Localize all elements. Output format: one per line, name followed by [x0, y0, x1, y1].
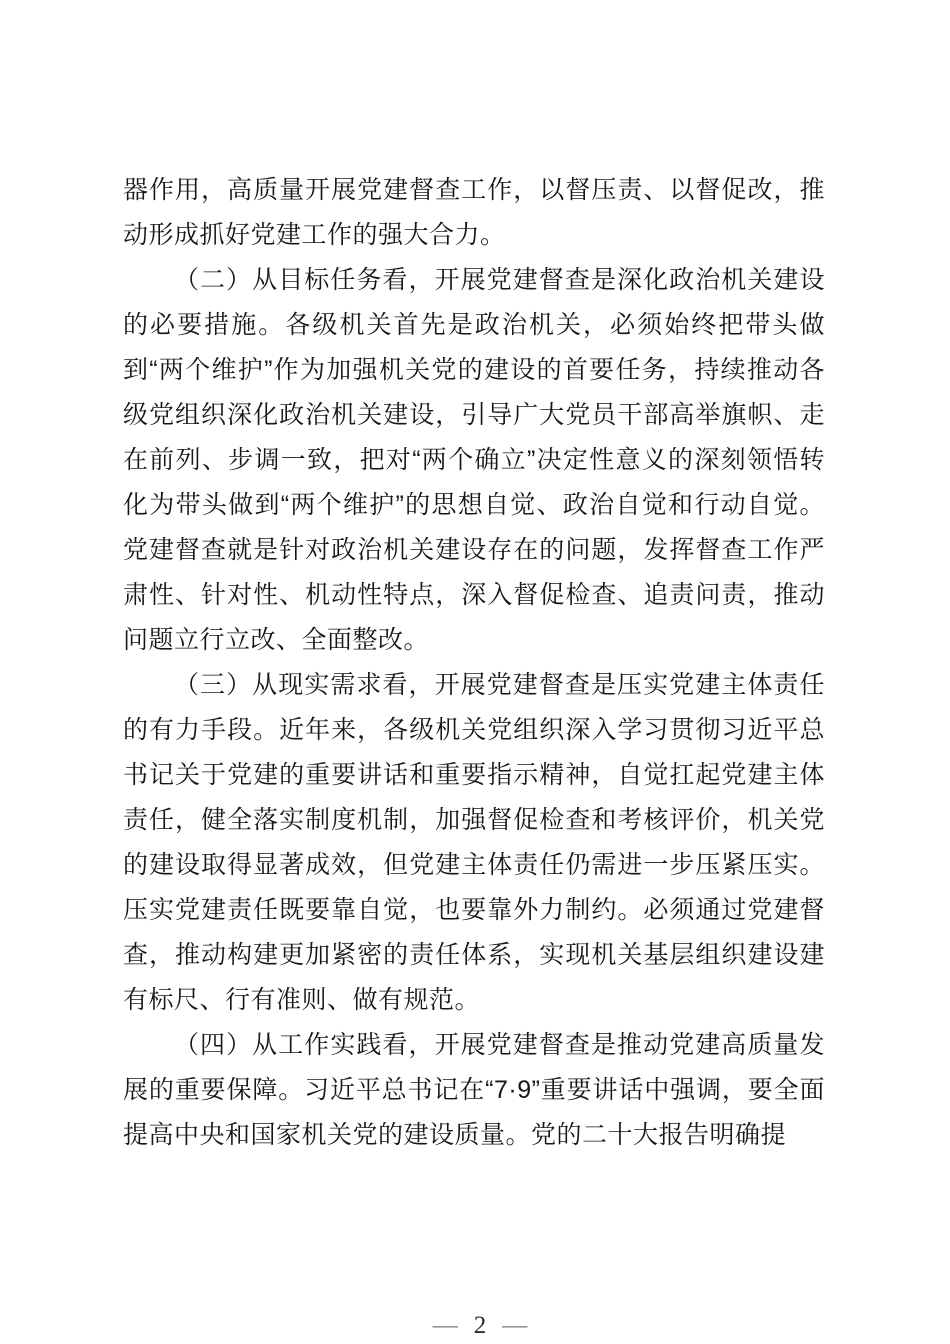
- text-line: 到“两个维护”作为加强机关党的建设的首要任务，持续推动各: [123, 348, 825, 393]
- text-line: 的必要措施。各级机关首先是政治机关，必须始终把带头做: [123, 303, 825, 348]
- document-page: 器作用，高质量开展党建督查工作，以督压责、以督促改，推 动形成抓好党建工作的强大…: [0, 0, 950, 1344]
- text-line: 查，推动构建更加紧密的责任体系，实现机关基层组织建设建: [123, 933, 825, 978]
- text-line: 问题立行立改、全面整改。: [123, 618, 825, 663]
- text-line: 级党组织深化政治机关建设，引导广大党员干部高举旗帜、走: [123, 393, 825, 438]
- text-line: （二）从目标任务看，开展党建督查是深化政治机关建设: [123, 258, 825, 303]
- text-line: 肃性、针对性、机动性特点，深入督促检查、追责问责，推动: [123, 573, 825, 618]
- page-number: 2: [474, 1312, 487, 1339]
- document-body: 器作用，高质量开展党建督查工作，以督压责、以督促改，推 动形成抓好党建工作的强大…: [123, 168, 825, 1158]
- text-line: 器作用，高质量开展党建督查工作，以督压责、以督促改，推: [123, 168, 825, 213]
- text-line: 责任，健全落实制度机制，加强督促检查和考核评价，机关党: [123, 798, 825, 843]
- paragraph-section-2: （二）从目标任务看，开展党建督查是深化政治机关建设 的必要措施。各级机关首先是政…: [123, 258, 825, 663]
- text-line: 动形成抓好党建工作的强大合力。: [123, 213, 825, 258]
- text-line: 化为带头做到“两个维护”的思想自觉、政治自觉和行动自觉。: [123, 483, 825, 528]
- page-footer: —2—: [0, 1310, 950, 1342]
- paragraph-continuation: 器作用，高质量开展党建督查工作，以督压责、以督促改，推 动形成抓好党建工作的强大…: [123, 168, 825, 258]
- text-line: 党建督查就是针对政治机关建设存在的问题，发挥督查工作严: [123, 528, 825, 573]
- text-line: （四）从工作实践看，开展党建督查是推动党建高质量发: [123, 1023, 825, 1068]
- text-line: 的有力手段。近年来，各级机关党组织深入学习贯彻习近平总: [123, 708, 825, 753]
- paragraph-section-3: （三）从现实需求看，开展党建督查是压实党建主体责任 的有力手段。近年来，各级机关…: [123, 663, 825, 1023]
- text-line: （三）从现实需求看，开展党建督查是压实党建主体责任: [123, 663, 825, 708]
- text-line: 压实党建责任既要靠自觉，也要靠外力制约。必须通过党建督: [123, 888, 825, 933]
- paragraph-section-4: （四）从工作实践看，开展党建督查是推动党建高质量发 展的重要保障。习近平总书记在…: [123, 1023, 825, 1158]
- footer-dash-right: —: [502, 1312, 527, 1339]
- text-line: 书记关于党建的重要讲话和重要指示精神，自觉扛起党建主体: [123, 753, 825, 798]
- footer-dash-left: —: [433, 1312, 458, 1339]
- text-line: 展的重要保障。习近平总书记在“7·9”重要讲话中强调，要全面: [123, 1068, 825, 1113]
- text-line: 的建设取得显著成效，但党建主体责任仍需进一步压紧压实。: [123, 843, 825, 888]
- text-line: 有标尺、行有准则、做有规范。: [123, 978, 825, 1023]
- text-line: 提高中央和国家机关党的建设质量。党的二十大报告明确提: [123, 1113, 825, 1158]
- text-line: 在前列、步调一致，把对“两个确立”决定性意义的深刻领悟转: [123, 438, 825, 483]
